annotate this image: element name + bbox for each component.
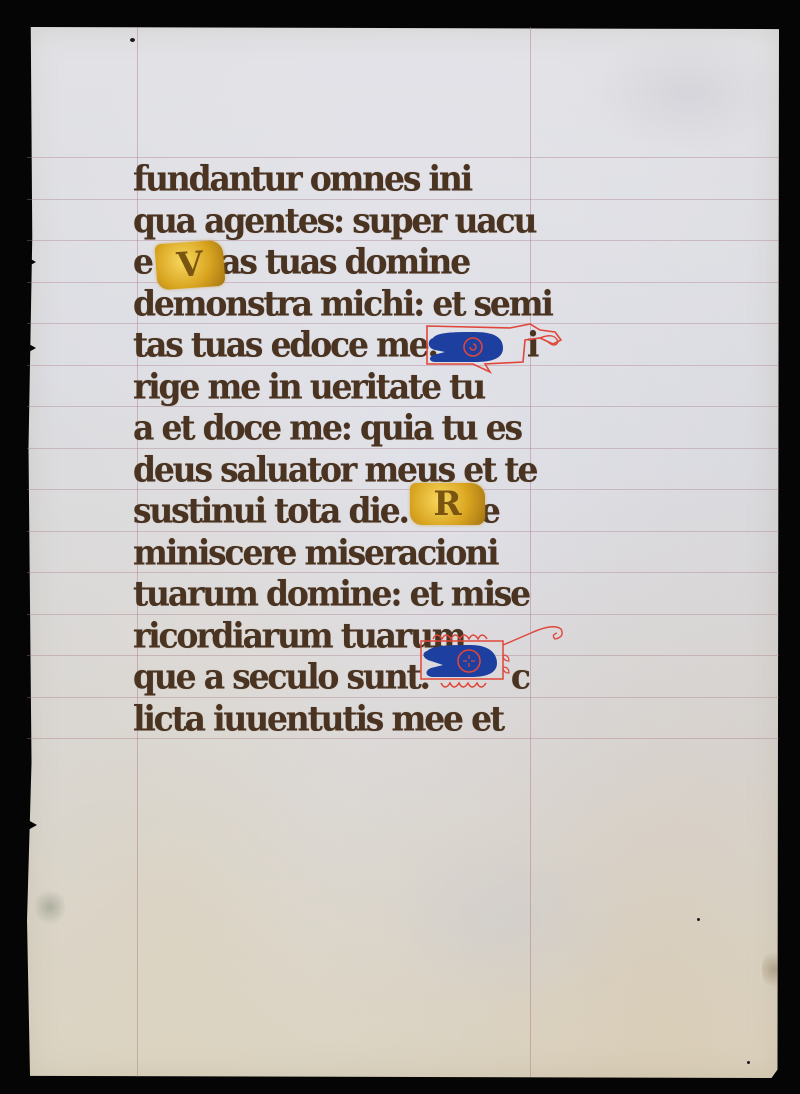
- line-text: tas tuas edoce me.: [133, 324, 437, 365]
- gilded-initial-r: R: [410, 483, 485, 525]
- text-line-7: a et doce me: quia tu es: [133, 406, 543, 450]
- edge-notch: [27, 343, 36, 353]
- penwork-initial-d: [415, 320, 565, 380]
- text-line-11: tuarum domine: et mise: [133, 572, 543, 616]
- stain: [35, 887, 65, 927]
- stain: [377, 827, 637, 1007]
- ink-speck: [697, 918, 700, 921]
- initial-letter: V: [175, 244, 204, 286]
- initial-letter: R: [433, 484, 461, 524]
- stain: [587, 32, 787, 152]
- penwork-initial-d-icon: [415, 320, 565, 380]
- text-line-14: licta iuuentutis mee et: [133, 696, 543, 740]
- scan-viewport: fundantur omnes ini qua agentes: super u…: [0, 0, 800, 1094]
- text-line-10: miniscere miseracioni: [133, 530, 543, 574]
- line-text: ias tuas domine: [210, 241, 469, 282]
- text-line-2: qua agentes: super uacu: [133, 198, 543, 242]
- edge-notch: [27, 257, 36, 267]
- ink-speck: [747, 1061, 750, 1064]
- text-line-4: demonstra michi: et semi: [133, 281, 543, 325]
- edge-notch: [28, 820, 37, 830]
- line-text: que a seculo sunt.: [133, 656, 429, 697]
- gilded-initial-v: V: [154, 240, 225, 291]
- line-text: sustinui tota die.: [133, 490, 408, 531]
- stain: [762, 947, 787, 992]
- ink-speck: [130, 38, 135, 42]
- text-line-8: deus saluator meus et te: [133, 447, 543, 491]
- line-prefix: e: [133, 241, 152, 282]
- text-line-1: fundantur omnes ini: [133, 157, 543, 201]
- penwork-initial-d-2: [413, 615, 573, 700]
- penwork-initial-d-icon: [413, 615, 573, 700]
